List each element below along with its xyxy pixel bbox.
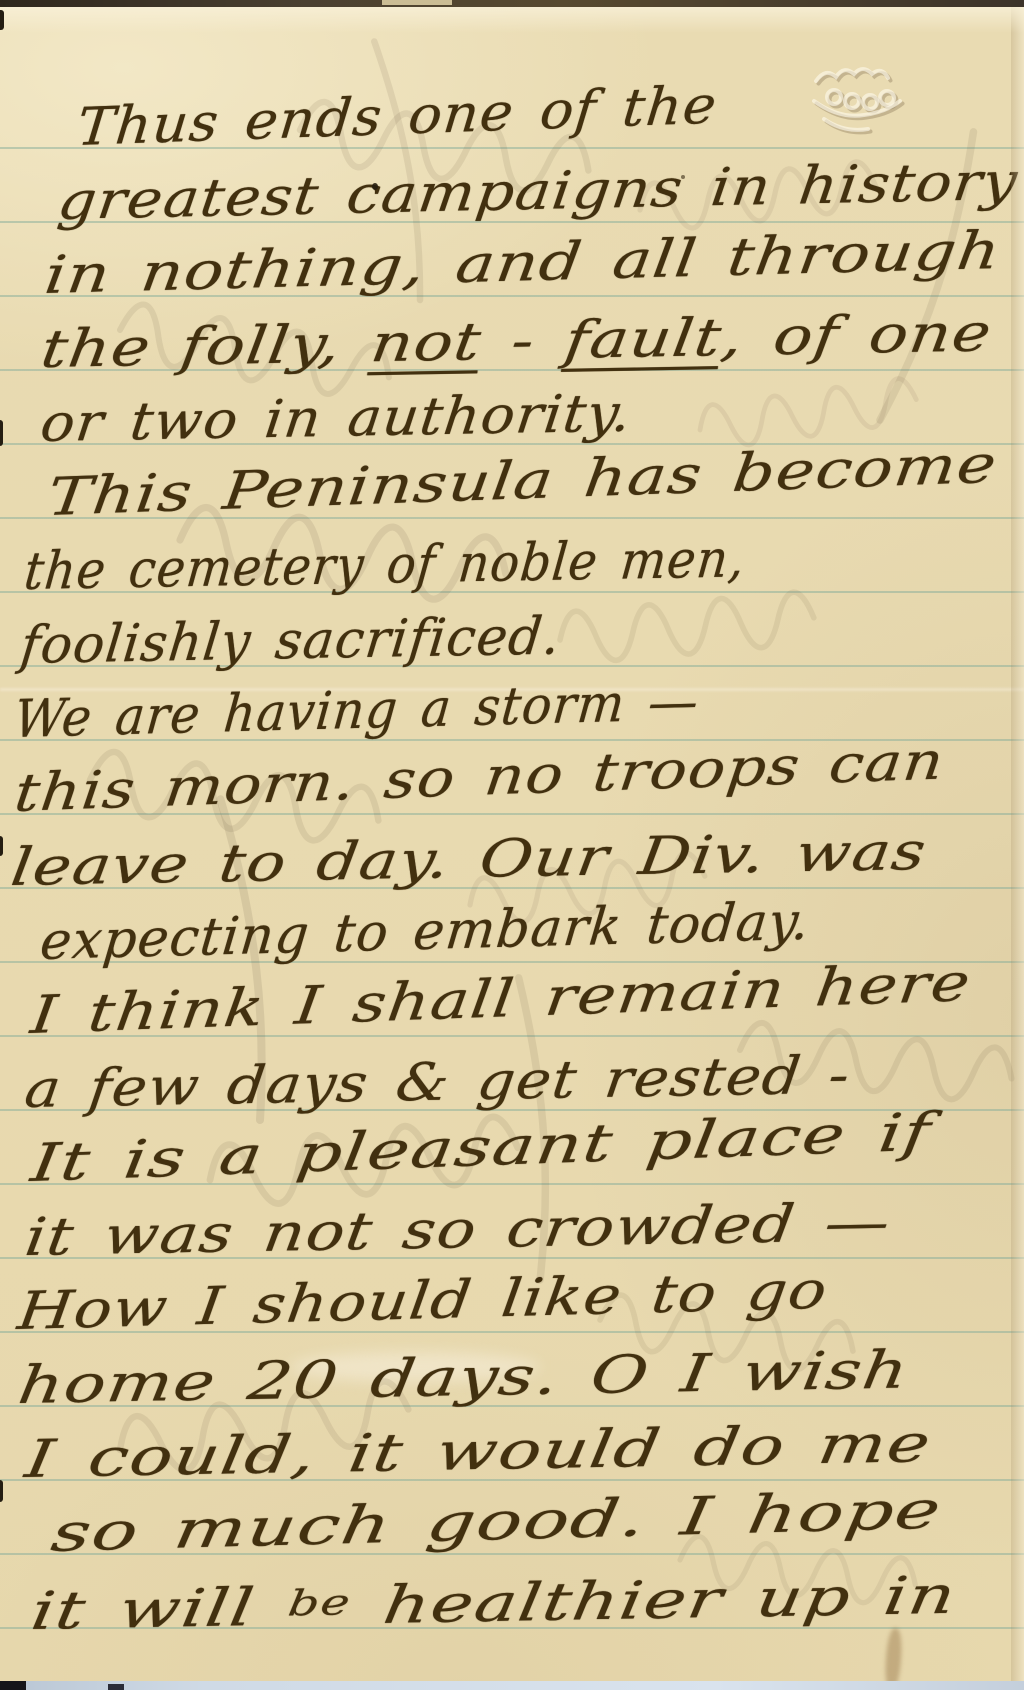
paper-top-highlight [0, 7, 1024, 33]
letter-text: the cemetery of noble men, [22, 529, 748, 602]
scanned-letter-page: Thus ends one of thegreatest campaigns i… [0, 0, 1024, 1690]
paper-right-edge [1011, 0, 1024, 1690]
scan-edge-bottom [0, 1681, 1024, 1690]
scan-edge-mark [0, 1480, 3, 1502]
scan-edge-bottom-mark [108, 1684, 124, 1690]
underlined-word: fault [561, 308, 726, 371]
inserted-word: be [285, 1582, 354, 1624]
letter-text: How I should like to go [15, 1261, 832, 1342]
letter-line: Thus ends one of the [74, 69, 721, 165]
scan-edge-bottom-mark [0, 1681, 26, 1690]
letter-text: - [477, 311, 569, 373]
letter-text: healthier up in [346, 1566, 961, 1637]
letter-text: the folly, [37, 314, 375, 380]
scan-edge-mark [0, 10, 4, 30]
letter-text: or two in authority. [38, 384, 635, 454]
ink-fleck [372, 183, 378, 190]
letter-text: it will [27, 1577, 292, 1642]
scan-edge-mark [0, 420, 3, 446]
letter-text: home 20 days. O I wish [14, 1340, 912, 1416]
letter-text: , of one [718, 303, 996, 368]
ink-fleck [681, 175, 685, 179]
scan-edge-mark [0, 836, 3, 856]
letter-text: Thus ends one of the [75, 75, 720, 158]
letter-line: foolishly sacrificed. [17, 600, 564, 683]
scan-edge-top-notch [382, 0, 452, 5]
scan-edge-top [0, 0, 1024, 7]
letter-line: it will be healthier up in [26, 1556, 962, 1649]
underlined-word: not [367, 312, 485, 374]
letter-text: foolishly sacrificed. [18, 606, 564, 676]
handwriting-layer: Thus ends one of thegreatest campaigns i… [0, 0, 1024, 1690]
letter-line: the cemetery of noble men, [21, 523, 748, 609]
letter-line: the folly, not - fault, of one [37, 297, 997, 387]
letter-line: home 20 days. O I wish [13, 1334, 913, 1423]
